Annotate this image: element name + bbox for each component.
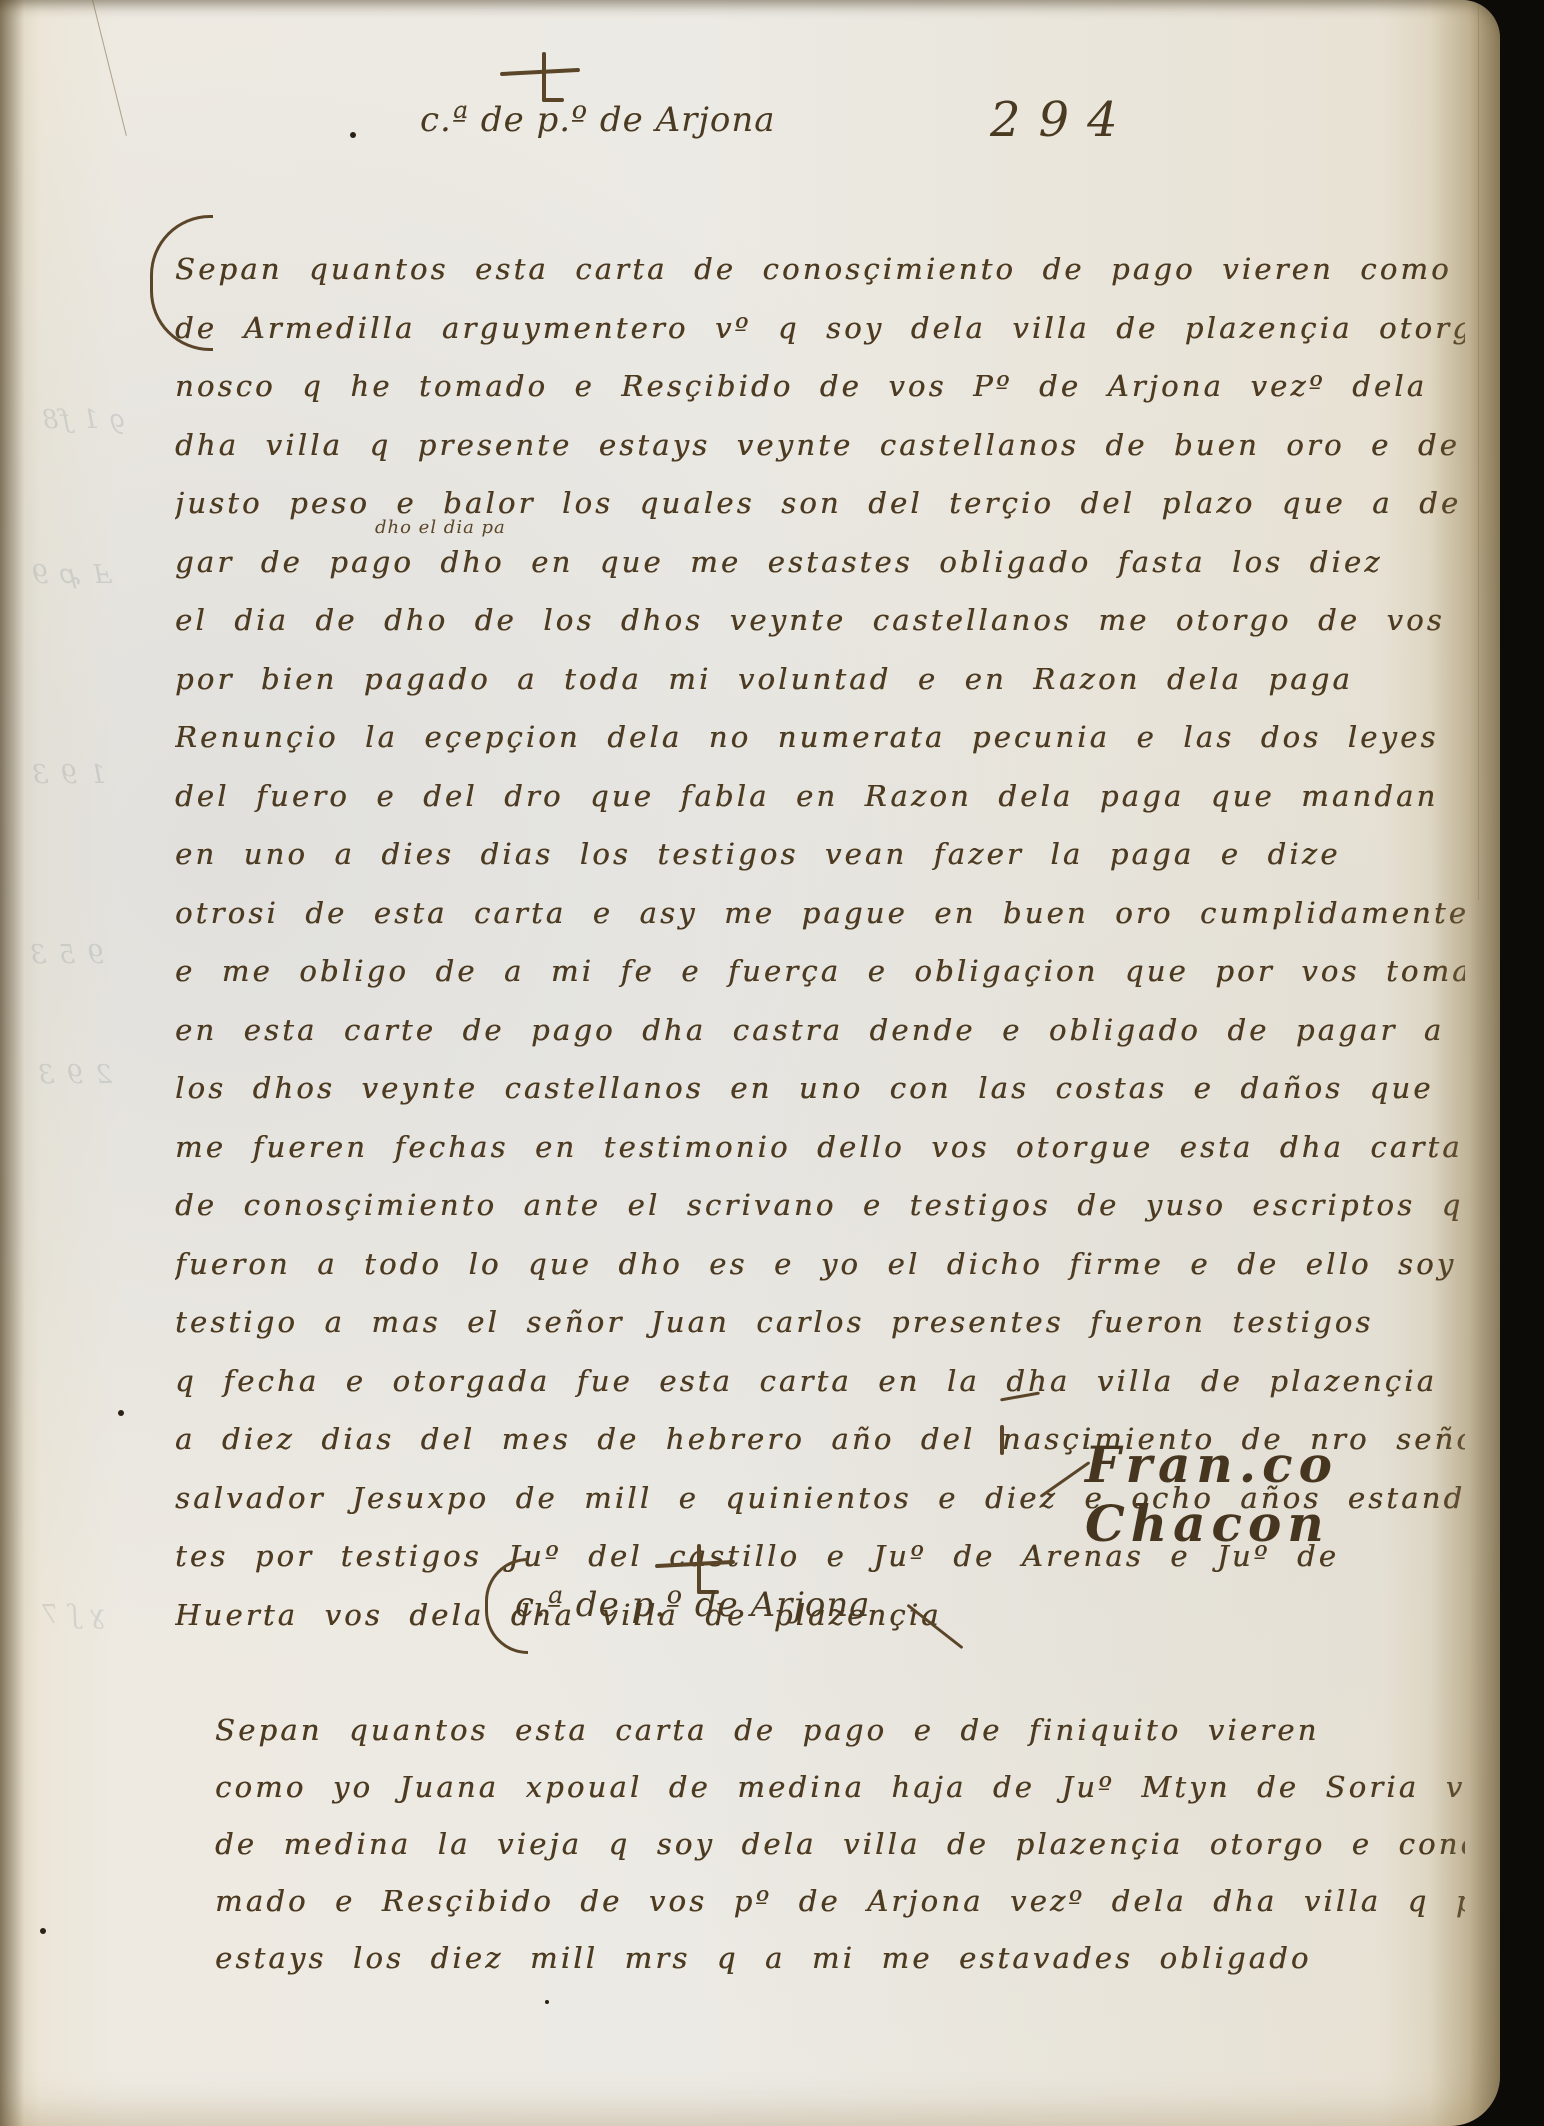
manuscript-page: ꝯ 1 ƒ8 Ⅎ ꝓ 9 1 9 3 9 5 3 2 9 3 ɣ ʃ 7 c.ª… bbox=[0, 0, 1500, 2126]
bleed-through-text: 1 9 3 bbox=[30, 760, 106, 790]
text-line: de Armedilla arguymentero vº q soy dela … bbox=[175, 299, 1465, 358]
bleed-through-text: ꝯ 1 ƒ8 bbox=[40, 400, 127, 436]
text-line: dha villa q presente estays veynte caste… bbox=[175, 416, 1465, 475]
notary-signature: Fran.co Chacon bbox=[1085, 1435, 1500, 1553]
interlinear-insertion: dho el dia pa bbox=[375, 517, 506, 538]
text-line: en uno a dies dias los testigos vean faz… bbox=[175, 825, 1465, 884]
text-line: el dia de dho de los dhos veynte castell… bbox=[175, 591, 1465, 650]
text-line: q fecha e otorgada fue esta carta en la … bbox=[175, 1352, 1465, 1411]
text-line: me fueren fechas en testimonio dello vos… bbox=[175, 1118, 1465, 1177]
bleed-through-text: Ⅎ ꝓ 9 bbox=[30, 560, 111, 590]
text-line: Sepan quantos esta carta de pago e de fi… bbox=[215, 1702, 1465, 1759]
ink-dot bbox=[118, 1410, 124, 1416]
text-line: otrosi de esta carta e asy me pague en b… bbox=[175, 884, 1465, 943]
text-line: en esta carte de pago dha castra dende e… bbox=[175, 1001, 1465, 1060]
text-line: los dhos veynte castellanos en uno con l… bbox=[175, 1059, 1465, 1118]
text-line: Renunçio la eçepçion dela no numerata pe… bbox=[175, 708, 1465, 767]
entry-body: Sepan quantos esta carta de conosçimient… bbox=[175, 240, 1465, 1644]
bleed-through-text: 9 5 3 bbox=[28, 940, 104, 970]
manuscript-scan: ꝯ 1 ƒ8 Ⅎ ꝓ 9 1 9 3 9 5 3 2 9 3 ɣ ʃ 7 c.ª… bbox=[0, 0, 1544, 2126]
text-line: nosco q he tomado e Resçibido de vos Pº … bbox=[175, 357, 1465, 416]
bleed-through-text: 2 9 3 bbox=[36, 1060, 112, 1090]
entry-heading: c.ª de p.º de Arjona bbox=[515, 1585, 871, 1625]
entry-body: Sepan quantos esta carta de pago e de fi… bbox=[215, 1702, 1465, 1987]
text-line: estays los diez mill mrs q a mi me estav… bbox=[215, 1930, 1465, 1987]
text-line: e me obligo de a mi fe e fuerça e obliga… bbox=[175, 942, 1465, 1001]
text-line: gar de pago dho en que me estastes oblig… bbox=[175, 533, 1465, 592]
text-line: Sepan quantos esta carta de conosçimient… bbox=[175, 240, 1465, 299]
text-line: de medina la vieja q soy dela villa de p… bbox=[215, 1816, 1465, 1873]
ink-dot bbox=[350, 132, 356, 138]
paper-crease bbox=[92, 0, 127, 136]
text-line: como yo Juana xpoual de medina haja de J… bbox=[215, 1759, 1465, 1816]
text-line: de conosçimiento ante el scrivano e test… bbox=[175, 1176, 1465, 1235]
text-line: justo peso e balor los quales son del te… bbox=[175, 474, 1465, 533]
text-line: por bien pagado a toda mi voluntad e en … bbox=[175, 650, 1465, 709]
ink-dot bbox=[40, 1928, 46, 1934]
entry-heading: c.ª de p.º de Arjona bbox=[420, 100, 776, 140]
ink-dot bbox=[545, 2000, 549, 2004]
folio-number: 294 bbox=[990, 92, 1136, 148]
text-line: del fuero e del dro que fabla en Razon d… bbox=[175, 767, 1465, 826]
text-line: testigo a mas el señor Juan carlos prese… bbox=[175, 1293, 1465, 1352]
text-line: fueron a todo lo que dho es e yo el dich… bbox=[175, 1235, 1465, 1294]
paper-crease bbox=[1478, 0, 1479, 900]
text-line: mado e Resçibido de vos pº de Arjona vez… bbox=[215, 1873, 1465, 1930]
bleed-through-text: ɣ ʃ 7 bbox=[40, 1600, 106, 1630]
closing-flourish bbox=[1000, 1425, 1004, 1455]
